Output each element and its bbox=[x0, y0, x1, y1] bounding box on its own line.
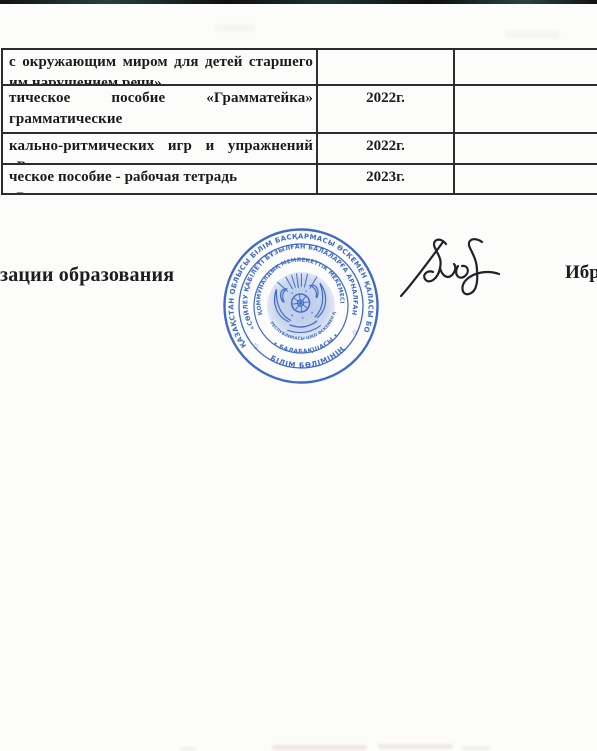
publications-table: с окружающим миром для детей старшего им… bbox=[1, 48, 597, 195]
table-row: кально-ритмических игр и упражнений «Рит… bbox=[3, 134, 597, 165]
kazakhstan-emblem-icon bbox=[263, 268, 340, 345]
title-cell: тическое пособие «Грамматейка» грамматич… bbox=[3, 86, 318, 132]
official-round-stamp: ШЫҒЫС ҚАЗАҚСТАН ОБЛЫСЫ БІЛІМ БАСҚАРМАСЫ … bbox=[221, 226, 381, 386]
year-cell: 2022г. bbox=[318, 86, 455, 132]
signatory-name: Ибр bbox=[565, 262, 597, 284]
table-row: с окружающим миром для детей старшего им… bbox=[3, 50, 597, 86]
note-cell bbox=[455, 165, 597, 193]
note-cell bbox=[455, 50, 597, 84]
title-line: с окружающим миром для детей старшего bbox=[9, 52, 313, 73]
stamp-star-left-icon: ☆ bbox=[252, 341, 260, 351]
handwritten-signature bbox=[396, 234, 508, 306]
year-cell: 2023г. bbox=[318, 165, 455, 193]
title-line: им нарушением речи» bbox=[9, 73, 313, 84]
table-row: тическое пособие «Грамматейка» грамматич… bbox=[3, 86, 597, 134]
year-cell: 2022г. bbox=[318, 134, 455, 163]
scan-smudge bbox=[462, 746, 490, 750]
year-cell bbox=[318, 50, 455, 84]
title-line: тическое пособие «Грамматейка» грамматич… bbox=[9, 88, 313, 130]
scan-smudge bbox=[272, 745, 367, 750]
title-line: кально-ритмических игр и упражнений «Рит… bbox=[9, 136, 313, 163]
scanned-document-page: с окружающим миром для детей старшего им… bbox=[0, 0, 597, 751]
title-line: ческое пособие - рабочая тетрадь «Развив… bbox=[9, 167, 313, 193]
note-cell bbox=[455, 134, 597, 163]
stamp-seal-graphic: ШЫҒЫС ҚАЗАҚСТАН ОБЛЫСЫ БІЛІМ БАСҚАРМАСЫ … bbox=[221, 226, 381, 386]
note-cell bbox=[455, 86, 597, 132]
title-cell: с окружающим миром для детей старшего им… bbox=[3, 50, 318, 84]
scan-smudge bbox=[215, 24, 255, 32]
scan-edge-bar bbox=[0, 0, 597, 4]
title-cell: ческое пособие - рабочая тетрадь «Развив… bbox=[3, 165, 318, 193]
scan-smudge bbox=[180, 747, 196, 750]
scan-smudge bbox=[505, 30, 560, 39]
signature-ink-graphic bbox=[396, 234, 508, 306]
stamp-star-right-icon: ☆ bbox=[351, 327, 359, 337]
signatory-role-label: зации образования bbox=[0, 264, 174, 287]
title-cell: кально-ритмических игр и упражнений «Рит… bbox=[3, 134, 318, 163]
table-row: ческое пособие - рабочая тетрадь «Развив… bbox=[3, 165, 597, 195]
title-line: жнения с использованием нейропсихологиче… bbox=[9, 130, 313, 132]
scan-smudge bbox=[378, 744, 453, 749]
